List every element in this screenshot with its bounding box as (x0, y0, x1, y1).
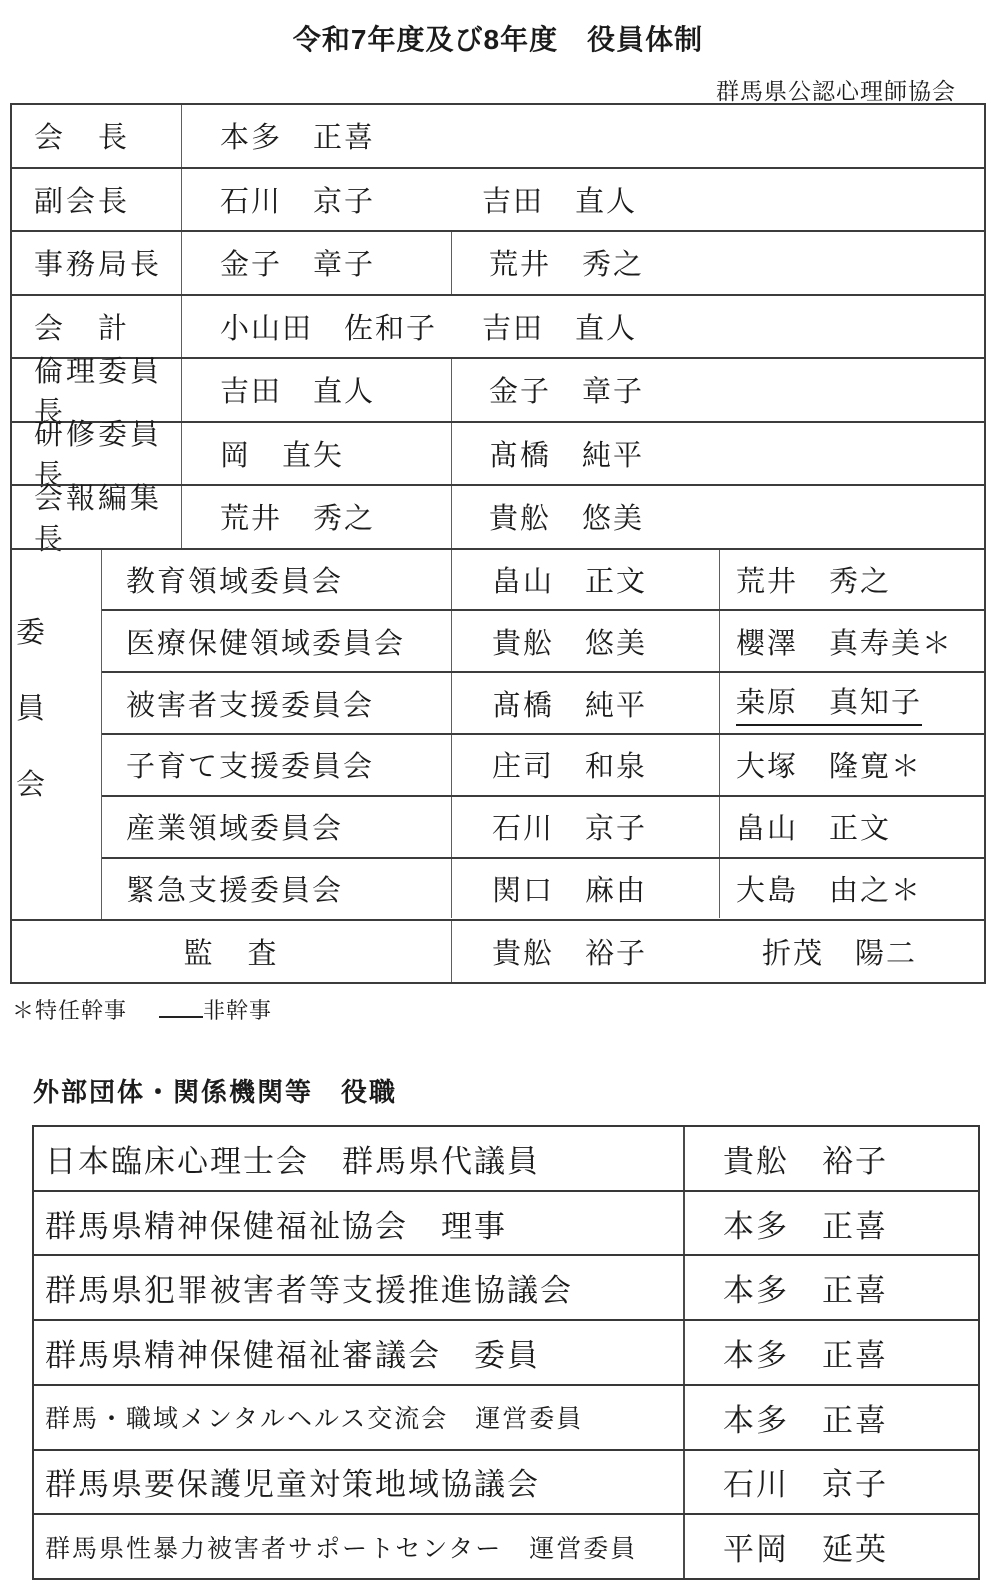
external-row: 群馬県犯罪被害者等支援推進協議会 本多 正喜 (34, 1254, 978, 1319)
page-title: 令和7年度及び8年度 役員体制 (0, 18, 996, 58)
person-name: 金子 章子 (489, 369, 644, 410)
person-name: 髙橋 純平 (492, 683, 647, 724)
person-name: 荒井 秀之 (489, 242, 644, 283)
external-org: 群馬県性暴力被害者サポートセンター 運営委員 (34, 1515, 685, 1578)
committee-member-cell: 大島 由之＊ (720, 859, 984, 919)
person-name: 櫻澤 真寿美＊ (736, 621, 953, 662)
committee-name: 被害者支援委員会 (102, 673, 452, 733)
person-name: 髙橋 純平 (489, 433, 644, 474)
officer-names-cell: 貴舩 裕子 折茂 陽二 (452, 921, 984, 983)
officer-row-newsletter-chief: 会報編集長 荒井 秀之 貴舩 悠美 (12, 484, 984, 548)
person-name: 畠山 正文 (492, 559, 647, 600)
officer-row-vice-president: 副会長 石川 京子 吉田 直人 (12, 167, 984, 231)
committee-name: 緊急支援委員会 (102, 859, 452, 919)
officer-names-cell: 石川 京子 吉田 直人 (182, 169, 984, 231)
vertical-char: 会 (16, 762, 47, 803)
committee-chair-cell: 髙橋 純平 (452, 673, 720, 733)
person-name: 畠山 正文 (736, 806, 891, 847)
committee-row: 子育て支援委員会 庄司 和泉 大塚 隆寛＊ (102, 733, 984, 795)
person-name: 関口 麻由 (492, 868, 647, 909)
role-label: 事務局長 (12, 232, 182, 294)
person-name: 本多 正喜 (723, 1330, 888, 1375)
external-row: 群馬・職域メンタルヘルス交流会 運営委員 本多 正喜 (34, 1384, 978, 1449)
officer-row-ethics-chair: 倫理委員長 吉田 直人 金子 章子 (12, 357, 984, 421)
person-name: 吉田 直人 (482, 179, 637, 220)
person-name: 折茂 陽二 (762, 931, 917, 972)
audit-row: 監 査 貴舩 裕子 折茂 陽二 (12, 919, 984, 983)
person-name: 石川 京子 (220, 179, 375, 220)
external-row: 日本臨床心理士会 群馬県代議員 貴舩 裕子 (34, 1127, 978, 1190)
person-name: 貴舩 裕子 (723, 1136, 888, 1181)
person-name-cell: 本多 正喜 (685, 1321, 978, 1384)
person-name: 貴舩 悠美 (492, 621, 647, 662)
external-org: 群馬県精神保健福祉審議会 委員 (34, 1321, 685, 1384)
footnote-non-exec: 非幹事 (203, 998, 272, 1023)
external-row: 群馬県精神保健福祉審議会 委員 本多 正喜 (34, 1319, 978, 1384)
committee-name: 産業領域委員会 (102, 797, 452, 857)
person-name-cell: 貴舩 裕子 (685, 1127, 978, 1190)
committee-row: 被害者支援委員会 髙橋 純平 桒原 真知子 (102, 671, 984, 733)
person-name-cell: 石川 京子 (685, 1451, 978, 1514)
external-org: 群馬・職域メンタルヘルス交流会 運営委員 (34, 1386, 685, 1449)
role-label: 会報編集長 (12, 486, 182, 548)
external-roles-table: 日本臨床心理士会 群馬県代議員 貴舩 裕子 群馬県精神保健福祉協会 理事 本多 … (32, 1125, 980, 1580)
external-org: 日本臨床心理士会 群馬県代議員 (34, 1127, 685, 1190)
person-name: 貴舩 裕子 (492, 931, 647, 972)
role-label: 副会長 (12, 169, 182, 231)
person-name-cell: 本多 正喜 (685, 1192, 978, 1255)
person-name-cell: 本多 正喜 (685, 1256, 978, 1319)
external-org: 群馬県犯罪被害者等支援推進協議会 (34, 1256, 685, 1319)
person-name-cell: 金子 章子 (182, 232, 452, 294)
committee-row: 産業領域委員会 石川 京子 畠山 正文 (102, 795, 984, 857)
committee-chair-cell: 貴舩 悠美 (452, 611, 720, 671)
person-name: 大塚 隆寛＊ (736, 744, 922, 785)
vertical-char: 員 (16, 686, 47, 727)
officer-row-accountant: 会 計 小山田 佐和子 吉田 直人 (12, 294, 984, 358)
person-name: 本多 正喜 (723, 1201, 888, 1246)
committee-block: 委 員 会 教育領域委員会 畠山 正文 荒井 秀之 医療保健領域委員会 貴舩 悠… (12, 548, 984, 919)
footnote: ＊特任幹事非幹事 (12, 994, 272, 1025)
committee-member-cell: 櫻澤 真寿美＊ (720, 611, 984, 671)
committee-rows: 教育領域委員会 畠山 正文 荒井 秀之 医療保健領域委員会 貴舩 悠美 櫻澤 真… (102, 550, 984, 919)
person-name: 吉田 直人 (482, 306, 637, 347)
committee-member-cell: 大塚 隆寛＊ (720, 735, 984, 795)
external-org: 群馬県精神保健福祉協会 理事 (34, 1192, 685, 1255)
person-name: 荒井 秀之 (736, 559, 891, 600)
committee-member-cell: 桒原 真知子 (720, 673, 984, 733)
person-name-cell: 平岡 延英 (685, 1515, 978, 1578)
external-section-heading: 外部団体・関係機関等 役職 (33, 1072, 397, 1109)
person-name: 庄司 和泉 (492, 744, 647, 785)
vertical-char: 委 (16, 610, 47, 651)
person-name: 本多 正喜 (220, 115, 375, 156)
role-label: 会 長 (12, 105, 182, 167)
person-name-cell: 荒井 秀之 (452, 232, 984, 294)
officer-names-cell: 本多 正喜 (182, 105, 984, 167)
committee-name: 医療保健領域委員会 (102, 611, 452, 671)
association-name: 群馬県公認心理師協会 (716, 73, 956, 106)
officers-table: 会 長 本多 正喜 副会長 石川 京子 吉田 直人 事務局長 金子 章子 荒井 … (10, 103, 986, 984)
officer-row-training-chair: 研修委員長 岡 直矢 髙橋 純平 (12, 421, 984, 485)
person-name: 岡 直矢 (220, 433, 344, 474)
officer-names-cell: 小山田 佐和子 吉田 直人 (182, 296, 984, 358)
person-name-cell: 本多 正喜 (685, 1386, 978, 1449)
committee-chair-cell: 関口 麻由 (452, 859, 720, 919)
external-row: 群馬県精神保健福祉協会 理事 本多 正喜 (34, 1190, 978, 1255)
committee-member-cell: 畠山 正文 (720, 797, 984, 857)
person-name: 石川 京子 (492, 806, 647, 847)
underline-blank (159, 1012, 203, 1018)
committee-row: 緊急支援委員会 関口 麻由 大島 由之＊ (102, 857, 984, 919)
document-page: 令和7年度及び8年度 役員体制 群馬県公認心理師協会 会 長 本多 正喜 副会長… (0, 0, 996, 1594)
person-name: 貴舩 悠美 (489, 496, 644, 537)
committee-chair-cell: 庄司 和泉 (452, 735, 720, 795)
external-org: 群馬県要保護児童対策地域協議会 (34, 1451, 685, 1514)
person-name-cell: 髙橋 純平 (452, 423, 984, 485)
officer-row-secretary-general: 事務局長 金子 章子 荒井 秀之 (12, 230, 984, 294)
external-row: 群馬県性暴力被害者サポートセンター 運営委員 平岡 延英 (34, 1513, 978, 1578)
person-name: 本多 正喜 (723, 1265, 888, 1310)
committee-chair-cell: 畠山 正文 (452, 550, 720, 610)
person-name: 金子 章子 (220, 242, 375, 283)
external-row: 群馬県要保護児童対策地域協議会 石川 京子 (34, 1449, 978, 1514)
person-name: 石川 京子 (723, 1459, 888, 1504)
footnote-special-exec: ＊特任幹事 (12, 998, 127, 1023)
committee-chair-cell: 石川 京子 (452, 797, 720, 857)
person-name-cell: 金子 章子 (452, 359, 984, 421)
role-label: 監 査 (12, 921, 452, 983)
committee-row: 教育領域委員会 畠山 正文 荒井 秀之 (102, 550, 984, 610)
person-name: 荒井 秀之 (220, 496, 375, 537)
person-name: 吉田 直人 (220, 369, 375, 410)
committee-member-cell: 荒井 秀之 (720, 550, 984, 610)
person-name: 平岡 延英 (723, 1524, 888, 1569)
person-name: 大島 由之＊ (736, 868, 922, 909)
committee-name: 教育領域委員会 (102, 550, 452, 610)
committee-vertical-label: 委 員 会 (12, 550, 102, 919)
person-name-underlined: 桒原 真知子 (736, 680, 922, 726)
officer-row-president: 会 長 本多 正喜 (12, 105, 984, 167)
person-name-cell: 貴舩 悠美 (452, 486, 984, 548)
person-name: 本多 正喜 (723, 1395, 888, 1440)
person-name-cell: 荒井 秀之 (182, 486, 452, 548)
person-name-cell: 岡 直矢 (182, 423, 452, 485)
committee-name: 子育て支援委員会 (102, 735, 452, 795)
person-name: 小山田 佐和子 (220, 306, 437, 347)
person-name-cell: 吉田 直人 (182, 359, 452, 421)
committee-row: 医療保健領域委員会 貴舩 悠美 櫻澤 真寿美＊ (102, 609, 984, 671)
